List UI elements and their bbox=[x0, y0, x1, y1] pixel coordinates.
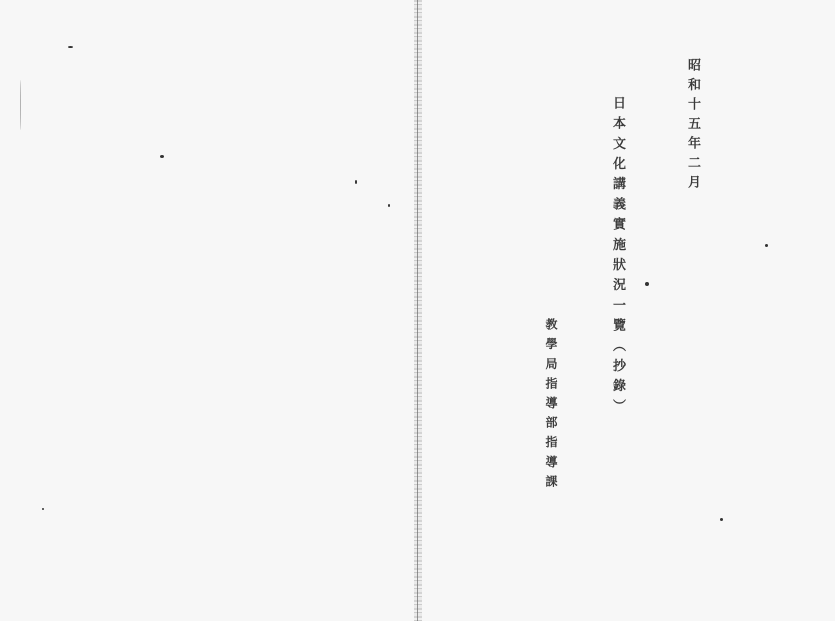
scan-speck bbox=[765, 244, 768, 247]
publication-date: 昭和十五年二月 bbox=[683, 58, 702, 195]
scan-speck bbox=[355, 180, 357, 184]
scan-speck bbox=[645, 282, 649, 286]
scan-speck bbox=[68, 46, 73, 48]
scan-speck bbox=[20, 80, 21, 130]
gutter-line bbox=[417, 0, 418, 621]
scan-speck bbox=[42, 508, 44, 510]
document-title: 日本文化講義實施狀況一覽（抄錄） bbox=[608, 96, 627, 419]
scan-speck bbox=[160, 155, 164, 158]
book-gutter bbox=[414, 0, 422, 621]
scan-speck bbox=[720, 518, 723, 521]
scan-speck bbox=[388, 204, 390, 207]
left-page-blank bbox=[0, 0, 418, 621]
issuing-office: 教學局指導部指導課 bbox=[543, 318, 560, 494]
